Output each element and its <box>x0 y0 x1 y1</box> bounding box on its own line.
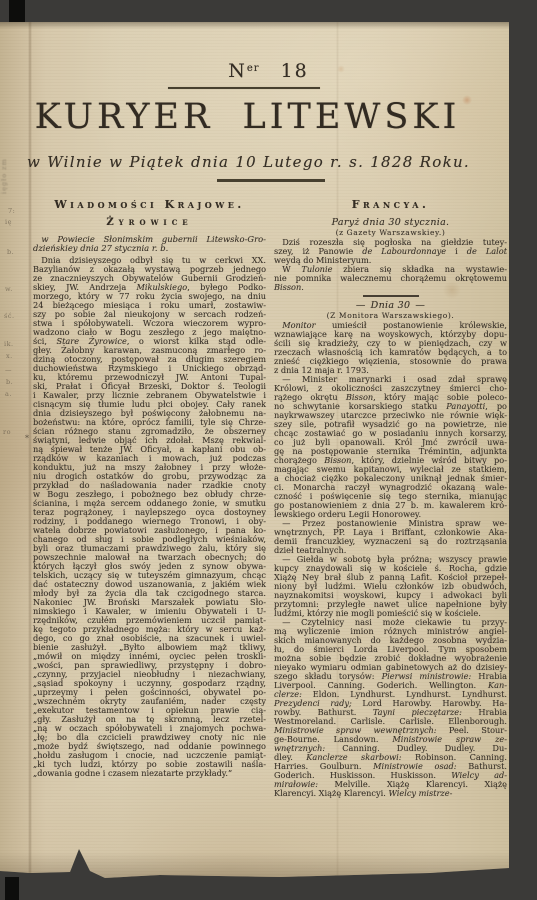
monitor-source-note: (Z Monitora Warszawskiego). <box>274 311 507 320</box>
margin-fragment: ść. <box>4 312 15 320</box>
news-paragraph: — Minister marynarki i osad zdał sprawęK… <box>274 375 507 519</box>
monitor-dateline: — Dnia 30 — <box>274 300 507 311</box>
news-paragraph: W Tulonie zbiera się składka na wystawie… <box>274 265 507 292</box>
issue-ordinal-sup: er <box>247 63 260 74</box>
source-note: (z Gazety Warszawskiey.) <box>274 228 507 237</box>
news-paragraph: — Czytelnicy nasi może ciekawie tu przyy… <box>274 618 507 798</box>
publication-dateline: w Wilnie w Piątek dnia 10 Lutego r. s. 1… <box>0 153 503 172</box>
paris-dateline: Paryż dnia 30 stycznia. <box>274 217 507 228</box>
margin-fragment: ik. <box>4 340 14 348</box>
margin-fragment: w. <box>5 285 13 293</box>
binding-strap-bottom <box>5 877 19 900</box>
torn-edge-shadow <box>0 852 509 878</box>
news-column-left: Wiadomości Krajowe. Żyrowice w Powiecie … <box>33 198 266 798</box>
news-paragraph: Dziś rozeszła się pogłoska na giełdzie t… <box>274 238 507 265</box>
masthead-rule-top <box>168 87 320 89</box>
issue-number: Ner 18 <box>14 58 523 82</box>
margin-fragment: ię <box>5 218 12 226</box>
news-paragraph: — Przez postanowienie Ministra spraw we-… <box>274 519 507 555</box>
newspaper-page: ięgło zm 7: ię b. w. ść. ik. x. — b. a. … <box>0 22 509 878</box>
column-area: Wiadomości Krajowe. Żyrowice w Powiecie … <box>33 198 509 798</box>
footnote-asterisk: * <box>25 434 29 443</box>
margin-fragment: b. <box>7 248 14 256</box>
masthead: Ner 18 KURYER LITEWSKI w Wilnie w Piątek… <box>0 58 509 182</box>
news-paragraph: Monitor umieścił postanowienie królewski… <box>274 321 507 375</box>
margin-fragment: — <box>5 366 12 374</box>
margin-fragment: ro <box>3 428 11 436</box>
news-column-right: Francya. Paryż dnia 30 stycznia. (z Gaze… <box>274 198 507 798</box>
margin-fragment: b. <box>6 378 13 386</box>
masthead-title: KURYER LITEWSKI <box>0 98 502 136</box>
section-heading-domestic: Wiadomości Krajowe. <box>33 198 266 211</box>
issue-prefix: N <box>228 60 247 82</box>
issue-value: 18 <box>281 60 309 82</box>
article-heading-zyrowice: Żyrowice <box>33 217 266 229</box>
news-paragraph: — Giełda w sobotę była próżna; wszyscy p… <box>274 555 507 618</box>
binding-strap-top <box>9 0 25 23</box>
margin-fragment: 7: <box>8 207 15 215</box>
margin-fragment: a. <box>5 390 12 398</box>
masthead-rule-bottom <box>217 179 325 182</box>
section-heading-france: Francya. <box>274 198 507 211</box>
article-body: Dnia dzisieyszego odbył się tu w cerkwi … <box>33 256 266 778</box>
column-divider-rule <box>363 295 419 297</box>
article-dateline: w Powiecie Słonimskim gubernii Litewsko-… <box>33 235 266 253</box>
margin-fragment: x. <box>6 352 13 360</box>
